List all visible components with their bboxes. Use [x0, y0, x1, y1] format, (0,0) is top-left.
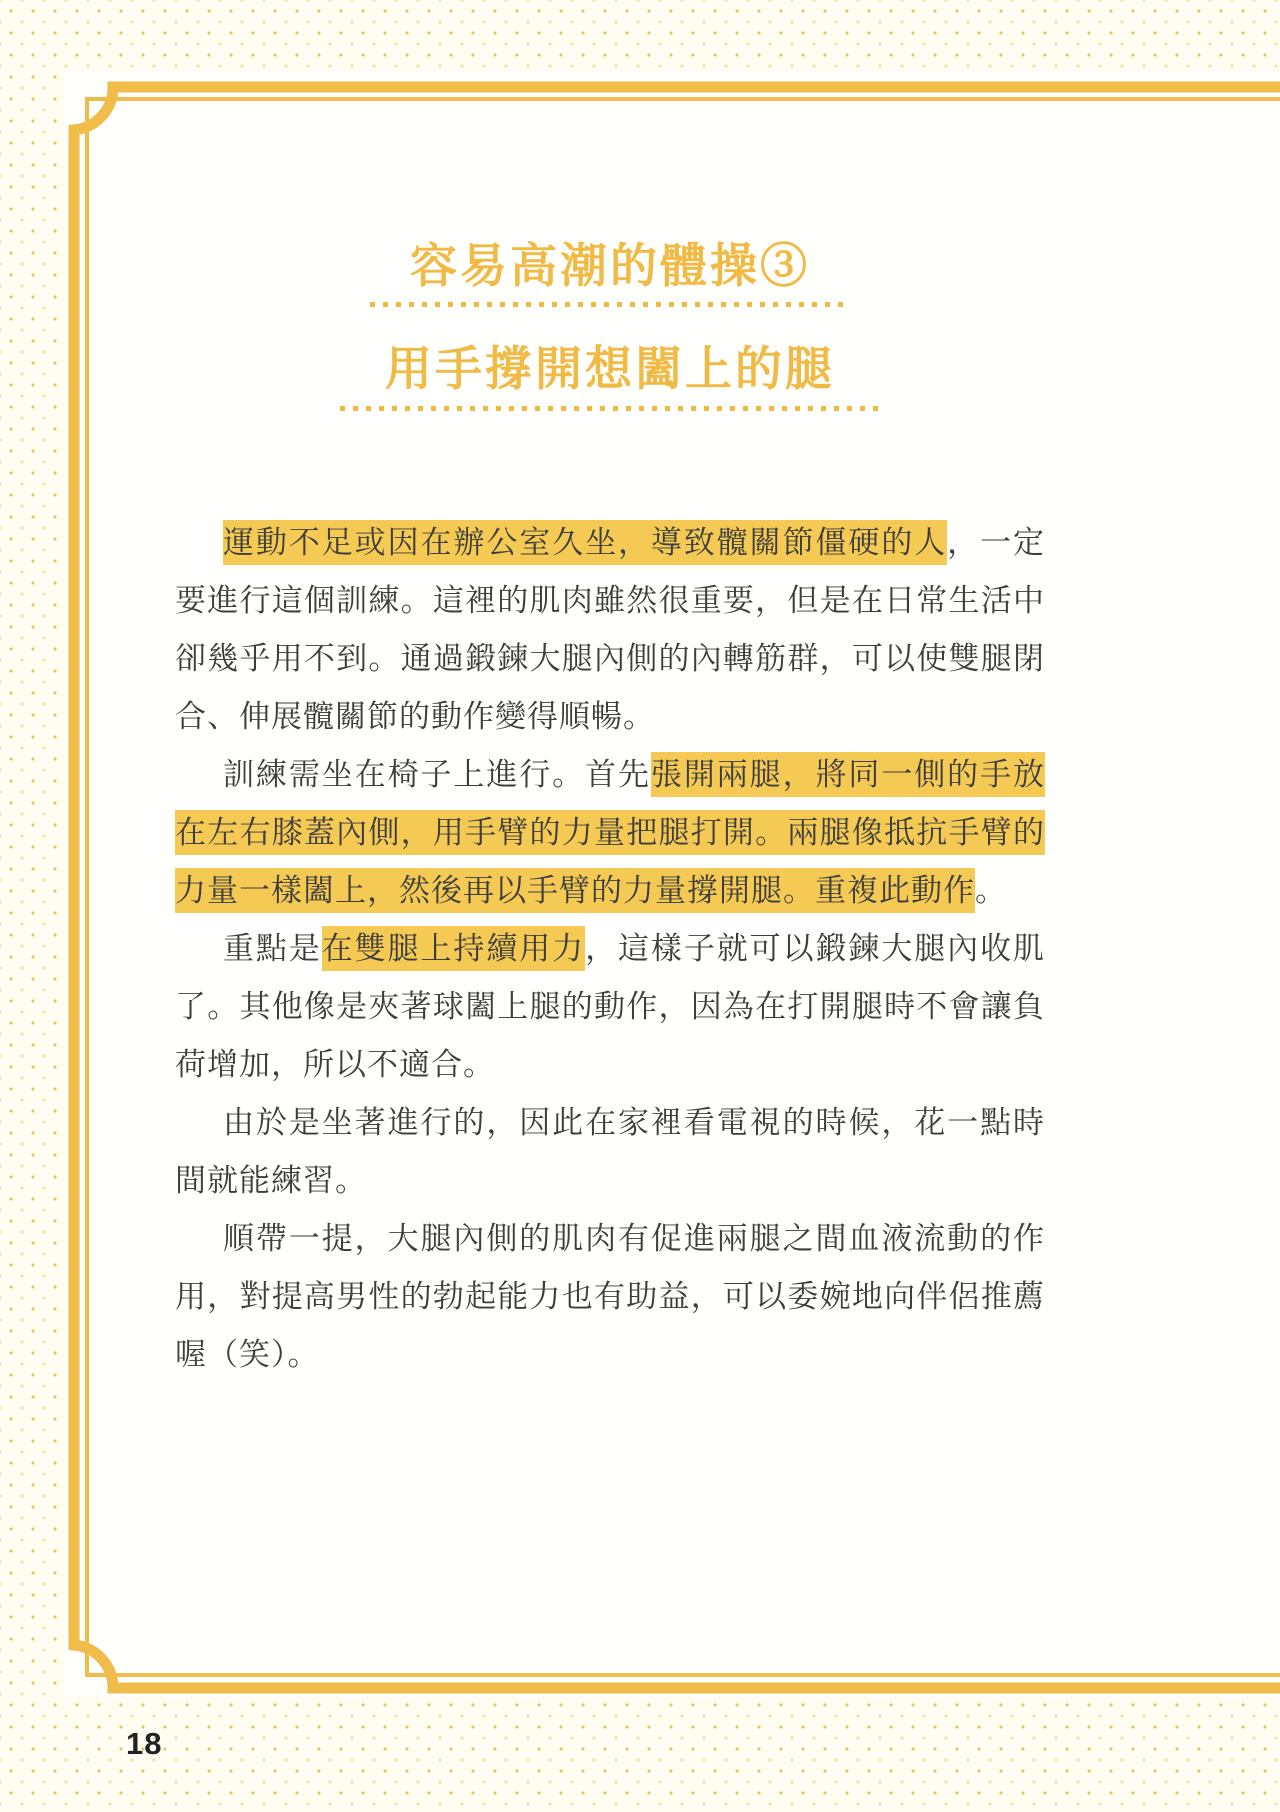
book-page: { "page": { "number": "18" }, "title": {… [0, 0, 1280, 1812]
plain-text: 要進行這個訓練。這裡的肌肉雖然很重要，但是在日常生活中 [175, 583, 1045, 618]
text-line-p5-l3: 喔（笑）。 [175, 1326, 1045, 1384]
text-line-p4-l2: 間就能練習。 [175, 1152, 1045, 1210]
chapter-title-block: 容易高潮的體操③ 用手撐開想闔上的腿 [175, 238, 1045, 411]
text-line-p3-l3: 荷增加，所以不適合。 [175, 1036, 1045, 1094]
plain-text: 重點是 [223, 931, 322, 966]
plain-text: ，一定 [947, 525, 1045, 560]
chapter-title-line2: 用手撐開想闔上的腿 [175, 341, 1045, 397]
plain-text: 喔（笑）。 [175, 1337, 320, 1372]
text-line-p1-l3: 卻幾乎用不到。通過鍛鍊大腿內側的內轉筋群，可以使雙腿閉 [175, 630, 1045, 688]
text-line-p1-l2: 要進行這個訓練。這裡的肌肉雖然很重要，但是在日常生活中 [175, 572, 1045, 630]
text-line-p1-l1: 運動不足或因在辦公室久坐，導致髖關節僵硬的人，一定 [175, 514, 1045, 572]
text-line-p2-l1: 訓練需坐在椅子上進行。首先張開兩腿，將同一側的手放 [175, 746, 1045, 804]
highlighted-text: 運動不足或因在辦公室久坐，導致髖關節僵硬的人 [223, 520, 947, 565]
plain-text: 荷增加，所以不適合。 [175, 1047, 495, 1082]
highlighted-text: 力量一樣闔上，然後再以手臂的力量撐開腿。重複此動作 [175, 868, 975, 913]
text-line-p4-l1: 由於是坐著進行的，因此在家裡看電視的時候，花一點時 [175, 1094, 1045, 1152]
text-line-p3-l1: 重點是在雙腿上持續用力，這樣子就可以鍛鍊大腿內收肌 [175, 920, 1045, 978]
page-number: 18 [126, 1726, 162, 1762]
text-line-p5-l2: 用，對提高男性的勃起能力也有助益，可以委婉地向伴侶推薦 [175, 1268, 1045, 1326]
highlighted-text: 張開兩腿，將同一側的手放 [651, 752, 1045, 797]
plain-text: 合、伸展髖關節的動作變得順暢。 [175, 699, 655, 734]
plain-text: 卻幾乎用不到。通過鍛鍊大腿內側的內轉筋群，可以使雙腿閉 [175, 641, 1045, 676]
highlighted-text: 在左右膝蓋內側，用手臂的力量把腿打開。兩腿像抵抗手臂的 [175, 810, 1045, 855]
plain-text: 由於是坐著進行的，因此在家裡看電視的時候，花一點時 [223, 1105, 1045, 1140]
text-line-p2-l2: 在左右膝蓋內側，用手臂的力量把腿打開。兩腿像抵抗手臂的 [175, 804, 1045, 862]
plain-text: 。 [975, 873, 1007, 908]
text-line-p3-l2: 了。其他像是夾著球闔上腿的動作，因為在打開腿時不會讓負 [175, 978, 1045, 1036]
text-line-p2-l3: 力量一樣闔上，然後再以手臂的力量撐開腿。重複此動作。 [175, 862, 1045, 920]
text-line-p1-l4: 合、伸展髖關節的動作變得順暢。 [175, 688, 1045, 746]
plain-text: 間就能練習。 [175, 1163, 367, 1198]
plain-text: 順帶一提，大腿內側的肌肉有促進兩腿之間血液流動的作 [223, 1221, 1045, 1256]
plain-text: 用，對提高男性的勃起能力也有助益，可以委婉地向伴侶推薦 [175, 1279, 1045, 1314]
text-line-p5-l1: 順帶一提，大腿內側的肌肉有促進兩腿之間血液流動的作 [175, 1210, 1045, 1268]
chapter-title-line1: 容易高潮的體操③ [175, 238, 1045, 294]
plain-text: ，這樣子就可以鍛鍊大腿內收肌 [585, 931, 1045, 966]
highlighted-text: 在雙腿上持續用力 [322, 926, 585, 971]
article-body: 運動不足或因在辦公室久坐，導致髖關節僵硬的人，一定要進行這個訓練。這裡的肌肉雖然… [175, 514, 1045, 1384]
title-underline-dotted-2 [340, 406, 880, 411]
plain-text: 訓練需坐在椅子上進行。首先 [223, 757, 651, 792]
title-gap [175, 307, 1045, 341]
plain-text: 了。其他像是夾著球闔上腿的動作，因為在打開腿時不會讓負 [175, 989, 1045, 1024]
